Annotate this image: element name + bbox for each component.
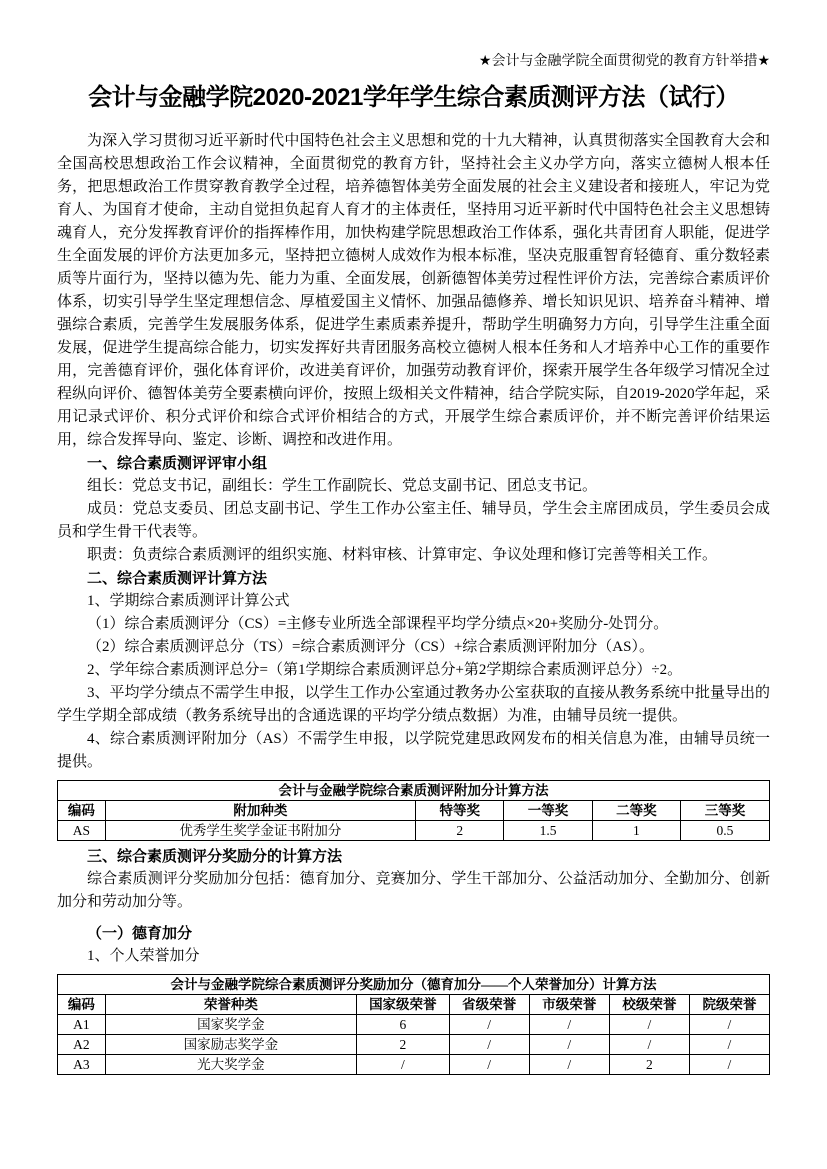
document-title: 会计与金融学院2020-2021学年学生综合素质测评方法（试行）	[57, 82, 770, 114]
table-cell: /	[689, 1035, 769, 1055]
table-cell: 1.5	[504, 821, 592, 841]
personal-honor-item: 1、个人荣誉加分	[57, 945, 770, 968]
table-header-row: 编码 附加种类 特等奖 一等奖 二等奖 三等奖	[58, 801, 770, 821]
section-1-paragraph-members: 成员：党总支委员、团总支副书记、学生工作办公室主任、辅导员，学生会主席团成员，学…	[57, 498, 770, 544]
table-header-cell: 一等奖	[504, 801, 592, 821]
section-2-item-2: 2、学年综合素质测评总分=（第1学期综合素质测评总分+第2学期综合素质测评总分）…	[57, 659, 770, 682]
table-title: 会计与金融学院综合素质测评分奖励加分（德育加分——个人荣誉加分）计算方法	[58, 975, 770, 995]
table-header-cell: 特等奖	[416, 801, 504, 821]
table-title-row: 会计与金融学院综合素质测评分奖励加分（德育加分——个人荣誉加分）计算方法	[58, 975, 770, 995]
table-cell: /	[609, 1015, 689, 1035]
table-header-cell: 编码	[58, 801, 106, 821]
table-header-cell: 荣誉种类	[105, 995, 356, 1015]
section-3-heading: 三、综合素质测评分奖励分的计算方法	[57, 845, 770, 868]
table-cell: /	[529, 1015, 609, 1035]
table-cell: /	[529, 1035, 609, 1055]
table-cell: 国家奖学金	[105, 1015, 356, 1035]
table-header-cell: 编码	[58, 995, 106, 1015]
table-header-row: 编码 荣誉种类 国家级荣誉 省级荣誉 市级荣誉 校级荣誉 院级荣誉	[58, 995, 770, 1015]
table-cell: /	[529, 1055, 609, 1075]
table-cell: 2	[609, 1055, 689, 1075]
header-note: ★会计与金融学院全面贯彻党的教育方针举措★	[57, 50, 770, 70]
table-row: A1 国家奖学金 6 / / / /	[58, 1015, 770, 1035]
table-cell: 2	[416, 821, 504, 841]
table-cell: 1	[592, 821, 680, 841]
table-title-row: 会计与金融学院综合素质测评附加分计算方法	[58, 781, 770, 801]
section-2-formula-ts: （2）综合素质测评总分（TS）=综合素质测评分（CS）+综合素质测评附加分（AS…	[57, 636, 770, 659]
document-page: ★会计与金融学院全面贯彻党的教育方针举措★ 会计与金融学院2020-2021学年…	[0, 0, 827, 1169]
honor-points-table: 会计与金融学院综合素质测评分奖励加分（德育加分——个人荣誉加分）计算方法 编码 …	[57, 974, 770, 1075]
table-cell: /	[689, 1015, 769, 1035]
section-2-formula-cs: （1）综合素质测评分（CS）=主修专业所选全部课程平均学分绩点×20+奖励分-处…	[57, 613, 770, 636]
table-cell: /	[449, 1035, 529, 1055]
section-2-item-1: 1、学期综合素质测评计算公式	[57, 590, 770, 613]
table-header-cell: 国家级荣誉	[357, 995, 450, 1015]
table-row: A2 国家励志奖学金 2 / / / /	[58, 1035, 770, 1055]
table-header-cell: 校级荣誉	[609, 995, 689, 1015]
section-2-item-3: 3、平均学分绩点不需学生申报，以学生工作办公室通过教务办公室获取的直接从教务系统…	[57, 682, 770, 728]
table-cell: 国家励志奖学金	[105, 1035, 356, 1055]
section-2-item-4: 4、综合素质测评附加分（AS）不需学生申报，以学院党建思政网发布的相关信息为准，…	[57, 728, 770, 774]
moral-education-subheading: （一）德育加分	[57, 922, 770, 945]
table-cell: /	[357, 1055, 450, 1075]
table-header-cell: 院级荣誉	[689, 995, 769, 1015]
section-1-paragraph-duty: 职责：负责综合素质测评的组织实施、材料审核、计算审定、争议处理和修订完善等相关工…	[57, 544, 770, 567]
additional-points-table: 会计与金融学院综合素质测评附加分计算方法 编码 附加种类 特等奖 一等奖 二等奖…	[57, 780, 770, 841]
table-cell: A3	[58, 1055, 106, 1075]
table-cell: 光大奖学金	[105, 1055, 356, 1075]
table-header-cell: 市级荣誉	[529, 995, 609, 1015]
table-cell: 2	[357, 1035, 450, 1055]
table-header-cell: 附加种类	[105, 801, 415, 821]
table-cell: AS	[58, 821, 106, 841]
table-header-cell: 省级荣誉	[449, 995, 529, 1015]
section-1-heading: 一、综合素质测评评审小组	[57, 452, 770, 475]
table-cell: A2	[58, 1035, 106, 1055]
table-cell: /	[609, 1035, 689, 1055]
table-cell: 0.5	[680, 821, 769, 841]
intro-paragraph: 为深入学习贯彻习近平新时代中国特色社会主义思想和党的十九大精神，认真贯彻落实全国…	[57, 130, 770, 452]
table-title: 会计与金融学院综合素质测评附加分计算方法	[58, 781, 770, 801]
table-cell: /	[449, 1015, 529, 1035]
table-row: A3 光大奖学金 / / / 2 /	[58, 1055, 770, 1075]
table-header-cell: 三等奖	[680, 801, 769, 821]
table-cell: /	[449, 1055, 529, 1075]
table-cell: A1	[58, 1015, 106, 1035]
section-1-paragraph-leader: 组长：党总支书记，副组长：学生工作副院长、党总支副书记、团总支书记。	[57, 475, 770, 498]
table-row: AS 优秀学生奖学金证书附加分 2 1.5 1 0.5	[58, 821, 770, 841]
table-cell: /	[689, 1055, 769, 1075]
table-cell: 6	[357, 1015, 450, 1035]
table-header-cell: 二等奖	[592, 801, 680, 821]
section-2-heading: 二、综合素质测评计算方法	[57, 567, 770, 590]
section-3-paragraph: 综合素质测评分奖励加分包括：德育加分、竞赛加分、学生干部加分、公益活动加分、全勤…	[57, 868, 770, 914]
table-cell: 优秀学生奖学金证书附加分	[105, 821, 415, 841]
